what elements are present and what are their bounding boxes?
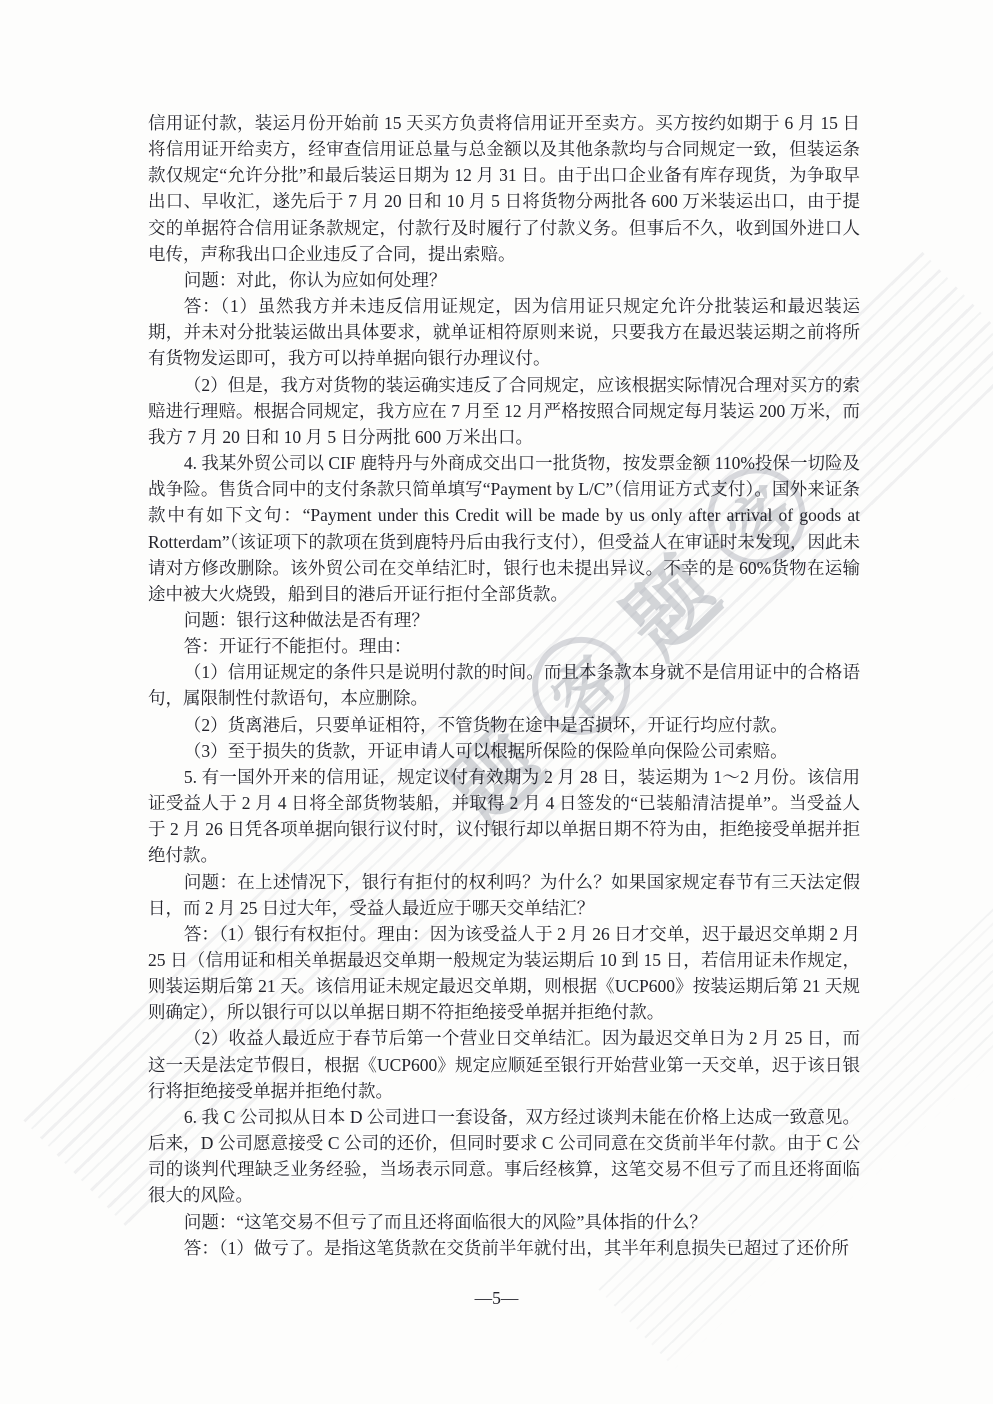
paragraph-answer-item: （1）信用证规定的条件只是说明付款的时间。而且本条款本身就不是信用证中的合格语句… (148, 659, 860, 711)
paragraph-case-4: 4. 我某外贸公司以 CIF 鹿特丹与外商成交出口一批货物，按发票金额 110%… (148, 450, 860, 607)
paragraph-answer-item: （3）至于损失的货款，开证申请人可以根据所保险的保险单向保险公司索赔。 (148, 738, 860, 764)
page-body-text: 信用证付款，装运月份开始前 15 天买方负责将信用证开至卖方。买方按约如期于 6… (148, 110, 860, 1261)
paragraph-question: 问题：银行这种做法是否有理？ (148, 607, 860, 633)
paragraph-question: 问题：“这笔交易不但亏了而且还将面临很大的风险”具体指的什么？ (148, 1209, 860, 1235)
paragraph-case-6: 6. 我 C 公司拟从日本 D 公司进口一套设备，双方经过谈判未能在价格上达成一… (148, 1104, 860, 1209)
paragraph-continuation: 信用证付款，装运月份开始前 15 天买方负责将信用证开至卖方。买方按约如期于 6… (148, 110, 860, 267)
paragraph-answer: 答：（1）虽然我方并未违反信用证规定，因为信用证只规定允许分批装运和最迟装运期，… (148, 293, 860, 371)
paragraph-answer-item: （2）货离港后，只要单证相符，不管货物在途中是否损坏，开证行均应付款。 (148, 712, 860, 738)
paragraph-answer: （2）收益人最近应于春节后第一个营业日交单结汇。因为最迟交单日为 2 月 25 … (148, 1025, 860, 1103)
page-number: —5— (0, 1288, 993, 1309)
paragraph-question: 问题：对此，你认为应如何处理？ (148, 267, 860, 293)
paragraph-answer: （2）但是，我方对货物的装运确实违反了合同规定，应该根据实际情况合理对买方的索赔… (148, 372, 860, 450)
paragraph-answer: 答：（1）做亏了。是指这笔货款在交货前半年就付出，其半年利息损失已超过了还价所 (148, 1235, 860, 1261)
paragraph-case-5: 5. 有一国外开来的信用证，规定议付有效期为 2 月 28 日，装运期为 1～2… (148, 764, 860, 869)
paragraph-answer: 答：开证行不能拒付。理由： (148, 633, 860, 659)
paragraph-question: 问题：在上述情况下，银行有拒付的权利吗？为什么？如果国家规定春节有三天法定假日，… (148, 869, 860, 921)
document-page: 题 客 题 客 信用证付款，装运月份开始前 15 天买方负责将信用证开至卖方。买… (0, 0, 993, 1404)
paragraph-answer: 答：（1）银行有权拒付。理由：因为该受益人于 2 月 26 日才交单，迟于最迟交… (148, 921, 860, 1026)
